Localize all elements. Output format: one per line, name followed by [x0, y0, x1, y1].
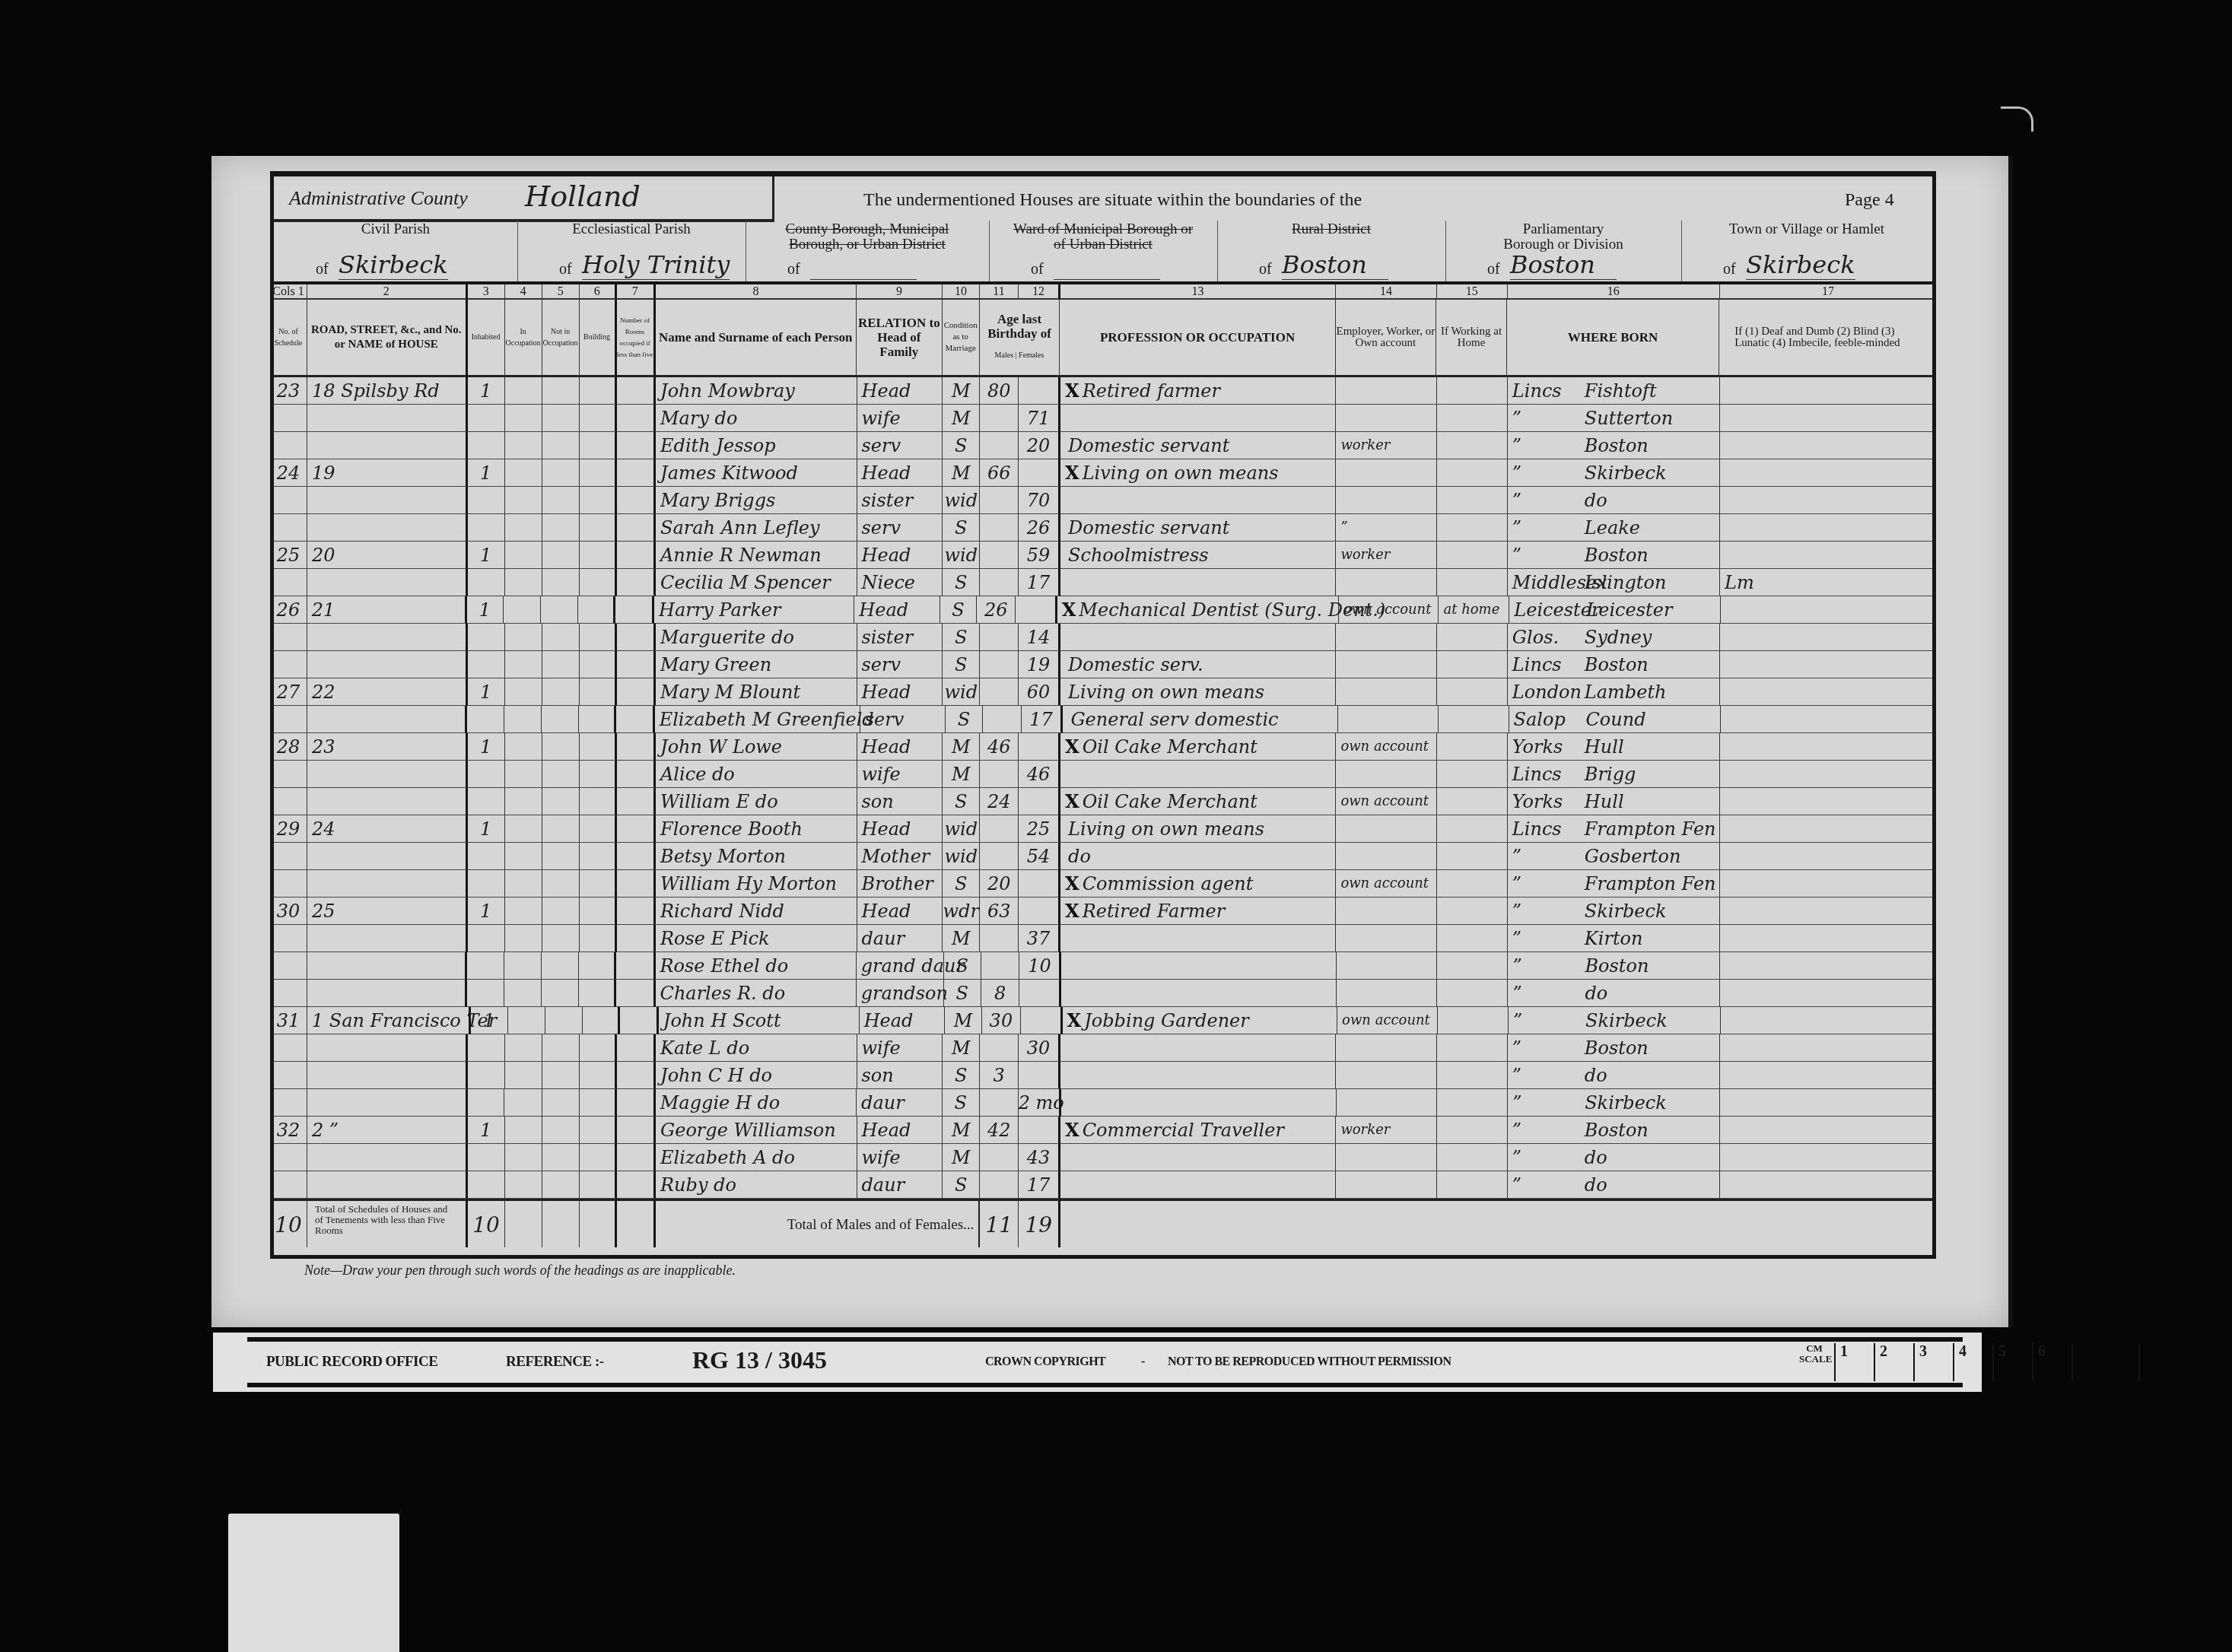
table-row: John C H dosonS3”do [270, 1062, 1936, 1089]
cell-relation: wife [857, 761, 943, 788]
occupation-text: Jobbing Gardener [1084, 1010, 1249, 1031]
cell-age-female [1019, 897, 1060, 925]
cell-age-female: 60 [1019, 678, 1060, 706]
cell-occupation: do [1060, 843, 1336, 870]
cell-age-male [980, 542, 1019, 569]
cell-working-at-home [1437, 1089, 1508, 1117]
born-county: Lincs [1512, 377, 1585, 405]
table-row: Sarah Ann LefleyservS26Domestic servant”… [270, 514, 1936, 542]
cell-person-name: Charles R. do [656, 980, 857, 1007]
table-row: 25201Annie R NewmanHeadwid59Schoolmistre… [270, 542, 1936, 569]
cell-condition: S [944, 952, 981, 980]
cell-in-occupation [505, 432, 542, 459]
cell-occupation [1060, 761, 1336, 788]
cell-building [580, 1089, 617, 1117]
cell-infirmity [1720, 624, 1936, 651]
total-empty [505, 1199, 542, 1247]
cell-age-male [980, 405, 1019, 432]
born-place: do [1585, 490, 1607, 511]
cell-occupation [1060, 624, 1336, 651]
cell-inhabited: 1 [468, 897, 505, 925]
table-row: William E dosonS24XOil Cake Merchantown … [270, 788, 1936, 815]
cell-inhabited [468, 1089, 505, 1117]
tally-cross-mark: X [1065, 900, 1079, 922]
cell-infirmity [1720, 733, 1936, 761]
cell-person-name: Florence Booth [656, 815, 857, 843]
cell-age-female: 70 [1019, 487, 1060, 514]
born-place: do [1585, 1065, 1607, 1086]
cell-in-occupation [505, 651, 542, 678]
cell-in-occupation [504, 706, 542, 733]
total-females: 19 [1019, 1199, 1060, 1247]
table-row: 26211Harry ParkerHeadS26XMechanical Dent… [270, 596, 1936, 624]
division-ecclesiastical-parish: Ecclesiastical Parish of Holy Trinity [517, 221, 746, 281]
cell-not-in-occupation [542, 624, 580, 651]
cell-age-female: 17 [1019, 569, 1060, 596]
cell-relation: daur [857, 1089, 943, 1117]
cell-address [307, 1171, 468, 1199]
total-empty [1060, 1199, 1936, 1247]
cell-not-in-occupation [542, 487, 580, 514]
table-row: 24191James KitwoodHeadM66XLiving on own … [270, 459, 1936, 487]
cell-not-in-occupation [542, 1034, 580, 1062]
reference-label: REFERENCE :- [506, 1354, 604, 1371]
cell-where-born: YorksHull [1508, 733, 1720, 761]
cell-age-male: 46 [980, 733, 1019, 761]
cell-person-name: Rose Ethel do [656, 952, 857, 980]
col-number: 10 [943, 284, 980, 300]
cell-rooms [616, 706, 655, 733]
cell-person-name: Betsy Morton [656, 843, 857, 870]
cell-person-name: Elizabeth A do [656, 1144, 857, 1171]
cell-age-female [1021, 1007, 1063, 1034]
cell-not-in-occupation [542, 678, 580, 706]
born-place: Cound [1586, 709, 1646, 730]
cell-rooms [617, 1062, 656, 1089]
cell-age-male: 80 [980, 377, 1019, 405]
occupation-text: Oil Cake Merchant [1083, 736, 1257, 758]
occupation-text: do [1068, 846, 1091, 867]
cell-occupation: XRetired Farmer [1060, 897, 1336, 925]
division-label: Town or Village or Hamlet [1681, 222, 1932, 237]
cell-infirmity [1720, 1089, 1936, 1117]
cell-employer-status: own account [1337, 1007, 1438, 1034]
cell-in-occupation [505, 1117, 542, 1144]
cell-relation: serv [857, 651, 943, 678]
cell-condition: S [944, 980, 981, 1007]
col-number: 11 [980, 284, 1019, 300]
cell-age-female: 2 mo [1019, 1089, 1061, 1117]
of-label: of [316, 261, 329, 278]
total-houses: 10 [468, 1199, 505, 1247]
cell-age-female: 20 [1019, 432, 1060, 459]
cell-age-female [1019, 788, 1060, 815]
cell-age-male [981, 952, 1020, 980]
born-county: ” [1512, 432, 1585, 459]
cell-schedule-no [270, 925, 307, 952]
cell-inhabited [468, 405, 505, 432]
cell-in-occupation [505, 1034, 542, 1062]
total-empty [617, 1199, 656, 1247]
cell-person-name: Maggie H do [656, 1089, 857, 1117]
cell-working-at-home [1437, 1171, 1508, 1199]
cell-where-born: ”do [1508, 1144, 1720, 1171]
born-county: ” [1512, 1144, 1585, 1171]
cell-building [580, 843, 617, 870]
cell-working-at-home [1437, 514, 1508, 542]
cell-person-name: William E do [656, 788, 857, 815]
cell-infirmity [1720, 952, 1936, 980]
born-county: ” [1512, 1089, 1585, 1117]
cell-employer-status [1336, 843, 1436, 870]
occupation-text: Living on own means [1083, 462, 1279, 484]
cell-employer-status [1336, 815, 1436, 843]
born-county: ” [1512, 1034, 1585, 1062]
division-value: Holy Trinity [582, 250, 730, 280]
cell-inhabited [468, 651, 505, 678]
cell-relation: Head [857, 459, 943, 487]
cell-relation: Head [857, 678, 943, 706]
cell-schedule-no: 28 [270, 733, 307, 761]
of-label: of [1031, 261, 1044, 278]
occupation-text: Retired farmer [1083, 380, 1220, 402]
cell-building [580, 624, 617, 651]
cell-building [579, 980, 616, 1007]
cell-in-occupation [505, 843, 542, 870]
cell-inhabited [468, 870, 505, 897]
cell-where-born: LincsFishtoft [1508, 377, 1720, 405]
cell-working-at-home [1437, 843, 1508, 870]
cell-in-occupation [505, 459, 542, 487]
cell-age-female: 54 [1019, 843, 1060, 870]
cell-infirmity [1720, 925, 1936, 952]
cell-in-occupation [505, 925, 542, 952]
cell-occupation [1061, 1089, 1337, 1117]
cell-condition: S [943, 1062, 980, 1089]
cell-employer-status [1336, 651, 1436, 678]
born-county: Salop [1514, 706, 1586, 733]
cell-in-occupation [505, 1062, 542, 1089]
cell-rooms [617, 377, 656, 405]
cell-in-occupation [504, 1089, 542, 1117]
division-label: Parliamentary Borough or Division [1445, 222, 1681, 253]
cell-occupation: XRetired farmer [1060, 377, 1336, 405]
cell-infirmity [1720, 1117, 1936, 1144]
born-place: do [1585, 983, 1607, 1004]
cell-inhabited: 1 [468, 542, 505, 569]
cell-age-female: 14 [1019, 624, 1060, 651]
col-number: Cols 1 [270, 284, 307, 300]
born-county: ” [1512, 1117, 1585, 1144]
cell-working-at-home [1437, 377, 1508, 405]
cell-age-male [980, 925, 1019, 952]
cell-where-born: ”Boston [1508, 542, 1720, 569]
cell-rooms [617, 678, 656, 706]
cell-not-in-occupation [542, 1171, 580, 1199]
born-county: London [1512, 678, 1585, 706]
born-place: do [1585, 1147, 1607, 1168]
cell-age-female: 10 [1019, 952, 1061, 980]
cell-address: 18 Spilsby Rd [307, 377, 468, 405]
cell-working-at-home [1437, 542, 1508, 569]
col-number: 17 [1720, 284, 1936, 300]
header-address: ROAD, STREET, &c., and No. or NAME of HO… [307, 300, 468, 377]
table-row: Maggie H dodaurS2 mo”Skirbeck [270, 1089, 1936, 1117]
cell-not-in-occupation [542, 405, 580, 432]
cell-inhabited [468, 761, 505, 788]
col-number: 7 [617, 284, 656, 300]
col-number: 8 [656, 284, 857, 300]
cell-occupation: XCommission agent [1060, 870, 1336, 897]
col-number: 14 [1336, 284, 1436, 300]
born-place: Skirbeck [1585, 462, 1667, 484]
division-label: Rural District [1217, 222, 1445, 237]
header-schedule-no: No. of Schedule [270, 300, 307, 377]
cell-employer-status: worker [1336, 1117, 1436, 1144]
cell-inhabited [468, 1144, 505, 1171]
cell-rooms [616, 952, 655, 980]
born-place: Frampton Fen [1585, 873, 1716, 894]
cell-rooms [617, 459, 656, 487]
header-rooms: Number of Rooms occupied if less than fi… [617, 300, 656, 377]
table-row: Mary Briggssisterwid70”do [270, 487, 1936, 514]
cell-infirmity [1720, 651, 1936, 678]
cell-schedule-no: 26 [270, 596, 307, 624]
cell-working-at-home [1437, 624, 1508, 651]
cell-address [307, 624, 468, 651]
cell-occupation [1060, 487, 1336, 514]
born-place: Lambeth [1585, 681, 1667, 703]
cell-working-at-home: at home [1439, 596, 1509, 624]
col-number: 5 [542, 284, 580, 300]
cell-employer-status [1337, 952, 1437, 980]
cell-where-born: ”do [1508, 1171, 1720, 1199]
cell-employer-status [1336, 569, 1436, 596]
born-place: Sydney [1585, 627, 1652, 648]
cell-age-female: 46 [1019, 761, 1060, 788]
cell-relation: grand daur [857, 952, 944, 980]
cell-person-name: George Williamson [656, 1117, 857, 1144]
cell-relation: Niece [857, 569, 943, 596]
born-county: Lincs [1512, 761, 1585, 788]
cell-schedule-no [270, 569, 307, 596]
cell-condition: M [943, 925, 980, 952]
cell-where-born: ”Boston [1508, 1034, 1720, 1062]
table-row: Alice dowifeM46LincsBrigg [270, 761, 1936, 788]
born-county: ” [1512, 1062, 1585, 1089]
cell-schedule-no: 27 [270, 678, 307, 706]
col-number: 9 [857, 284, 943, 300]
cell-relation: serv [857, 432, 943, 459]
cell-age-female: 25 [1019, 815, 1060, 843]
cell-relation: serv [857, 514, 943, 542]
cell-infirmity [1720, 459, 1936, 487]
cell-occupation: Domestic servant [1060, 514, 1336, 542]
cell-where-born: LincsBoston [1508, 651, 1720, 678]
cell-not-in-occupation [542, 761, 580, 788]
tally-cross-mark: X [1065, 735, 1079, 758]
scan-corner-mark [2001, 106, 2033, 132]
cell-employer-status [1337, 980, 1437, 1007]
cell-schedule-no [270, 761, 307, 788]
page-edge-shadow [2008, 156, 2013, 1327]
cell-schedule-no [270, 980, 307, 1007]
cell-schedule-no: 24 [270, 459, 307, 487]
cell-infirmity [1720, 514, 1936, 542]
cell-address [307, 1144, 468, 1171]
cell-building [580, 514, 617, 542]
reference-number: RG 13 / 3045 [692, 1346, 827, 1374]
cell-age-female: 26 [1019, 514, 1060, 542]
cell-rooms [615, 596, 654, 624]
scale-mark: 1 [1834, 1343, 1874, 1381]
cell-age-female [1019, 377, 1060, 405]
cell-inhabited: 1 [468, 377, 505, 405]
cell-occupation: XOil Cake Merchant [1060, 733, 1336, 761]
cell-occupation [1060, 1034, 1336, 1062]
cell-person-name: John W Lowe [656, 733, 857, 761]
cell-rooms [617, 1034, 656, 1062]
cell-age-female [1019, 1062, 1060, 1089]
cell-schedule-no [270, 788, 307, 815]
cell-inhabited [468, 487, 505, 514]
division-ward: Ward of Municipal Borough or of Urban Di… [989, 221, 1218, 281]
cell-address: 20 [307, 542, 468, 569]
cell-occupation: Living on own means [1060, 815, 1336, 843]
total-empty [580, 1199, 617, 1247]
cm-scale: CM SCALE 1 2 3 4 5 6 [1799, 1343, 2140, 1381]
cell-age-female [1019, 733, 1060, 761]
cell-person-name: Mary Green [656, 651, 857, 678]
cell-schedule-no: 31 [270, 1007, 307, 1034]
cell-employer-status [1336, 405, 1436, 432]
cell-address: 23 [307, 733, 468, 761]
table-row: Elizabeth M GreenfieldservS17General ser… [270, 706, 1936, 733]
cell-rooms [617, 788, 656, 815]
occupation-text: Domestic servant [1068, 435, 1229, 456]
header-not-in-occupation: Not in Occupation [542, 300, 580, 377]
born-county: Glos. [1512, 624, 1585, 651]
copyright-label: CROWN COPYRIGHT [985, 1355, 1105, 1369]
cell-condition: M [943, 459, 980, 487]
cell-inhabited [468, 1171, 505, 1199]
cell-condition: M [943, 377, 980, 405]
tally-cross-mark: X [1067, 1009, 1082, 1031]
table-row: Marguerite dosisterS14Glos.Sydney [270, 624, 1936, 651]
cell-working-at-home [1437, 815, 1508, 843]
cell-person-name: John C H do [656, 1062, 857, 1089]
cell-not-in-occupation [542, 815, 580, 843]
cell-age-male [983, 706, 1022, 733]
cell-person-name: Edith Jessop [656, 432, 857, 459]
table-row: Mary dowifeM71”Sutterton [270, 405, 1936, 432]
cell-rooms [617, 1089, 656, 1117]
cell-person-name: Richard Nidd [656, 897, 857, 925]
occupation-text: Domestic servant [1068, 517, 1229, 538]
cell-condition: wid [943, 542, 980, 569]
cell-address [307, 952, 467, 980]
cell-condition: S [943, 788, 980, 815]
of-label: of [787, 261, 800, 278]
cell-address [307, 870, 468, 897]
cell-age-male [980, 1171, 1019, 1199]
cell-rooms [617, 651, 656, 678]
cell-building [580, 487, 617, 514]
cell-in-occupation [505, 897, 542, 925]
cell-building [580, 651, 617, 678]
occupation-text: Schoolmistress [1068, 545, 1209, 566]
born-county: ” [1512, 870, 1585, 897]
cell-age-male: 8 [981, 980, 1020, 1007]
cell-relation: son [857, 1062, 943, 1089]
cell-occupation [1061, 980, 1337, 1007]
table-row: Edith JessopservS20Domestic servantworke… [270, 432, 1936, 459]
cell-age-male [980, 487, 1019, 514]
cell-not-in-occupation [542, 870, 580, 897]
cell-employer-status [1336, 678, 1436, 706]
division-value: Boston [1510, 250, 1617, 280]
cell-employer-status: own account [1336, 788, 1436, 815]
cell-where-born: ”Skirbeck [1508, 897, 1720, 925]
cell-infirmity: Lm [1720, 569, 1936, 596]
cell-building [580, 761, 617, 788]
cell-rooms [617, 487, 656, 514]
cell-person-name: Sarah Ann Lefley [656, 514, 857, 542]
of-label: of [559, 261, 572, 278]
cell-rooms [617, 761, 656, 788]
cell-where-born: Glos.Sydney [1508, 624, 1720, 651]
cell-age-male [980, 1089, 1019, 1117]
cell-relation: grandson [857, 980, 944, 1007]
cell-condition: M [943, 761, 980, 788]
occupation-text: Living on own means [1068, 681, 1264, 703]
cell-age-male: 63 [980, 897, 1019, 925]
cell-condition: S [943, 1089, 980, 1117]
cell-age-female [1019, 459, 1060, 487]
cell-employer-status [1336, 377, 1436, 405]
cell-employer-status [1336, 624, 1436, 651]
cell-infirmity [1720, 432, 1936, 459]
cell-rooms [617, 542, 656, 569]
cell-person-name: Ruby do [656, 1171, 857, 1199]
cell-age-male [980, 651, 1019, 678]
col-number: 15 [1437, 284, 1508, 300]
cell-not-in-occupation [542, 459, 580, 487]
cell-occupation: XJobbing Gardener [1063, 1007, 1338, 1034]
table-row: 30251Richard NiddHeadwdr63XRetired Farme… [270, 897, 1936, 925]
cell-person-name: Mary Briggs [656, 487, 857, 514]
table-row: Cecilia M SpencerNieceS17MiddlesexIsling… [270, 569, 1936, 596]
cell-infirmity [1720, 980, 1936, 1007]
table-row: Elizabeth A dowifeM43”do [270, 1144, 1936, 1171]
col-number: 4 [505, 284, 542, 300]
cell-occupation [1060, 1062, 1336, 1089]
table-row: Charles R. dograndsonS8”do [270, 980, 1936, 1007]
cell-not-in-occupation [542, 843, 580, 870]
cell-building [578, 596, 615, 624]
table-row: Betsy MortonMotherwid54do”Gosberton [270, 843, 1936, 870]
total-schedules: 10 [270, 1199, 307, 1247]
cell-condition: wid [943, 678, 980, 706]
cell-infirmity [1720, 542, 1936, 569]
born-place: Boston [1585, 1037, 1649, 1059]
cell-where-born: ”Sutterton [1508, 405, 1720, 432]
header-name: Name and Surname of each Person [656, 300, 857, 377]
column-headers: No. of Schedule ROAD, STREET, &c., and N… [270, 300, 1936, 377]
cell-infirmity [1720, 788, 1936, 815]
cell-age-female: 71 [1019, 405, 1060, 432]
cell-inhabited: 1 [468, 1117, 505, 1144]
